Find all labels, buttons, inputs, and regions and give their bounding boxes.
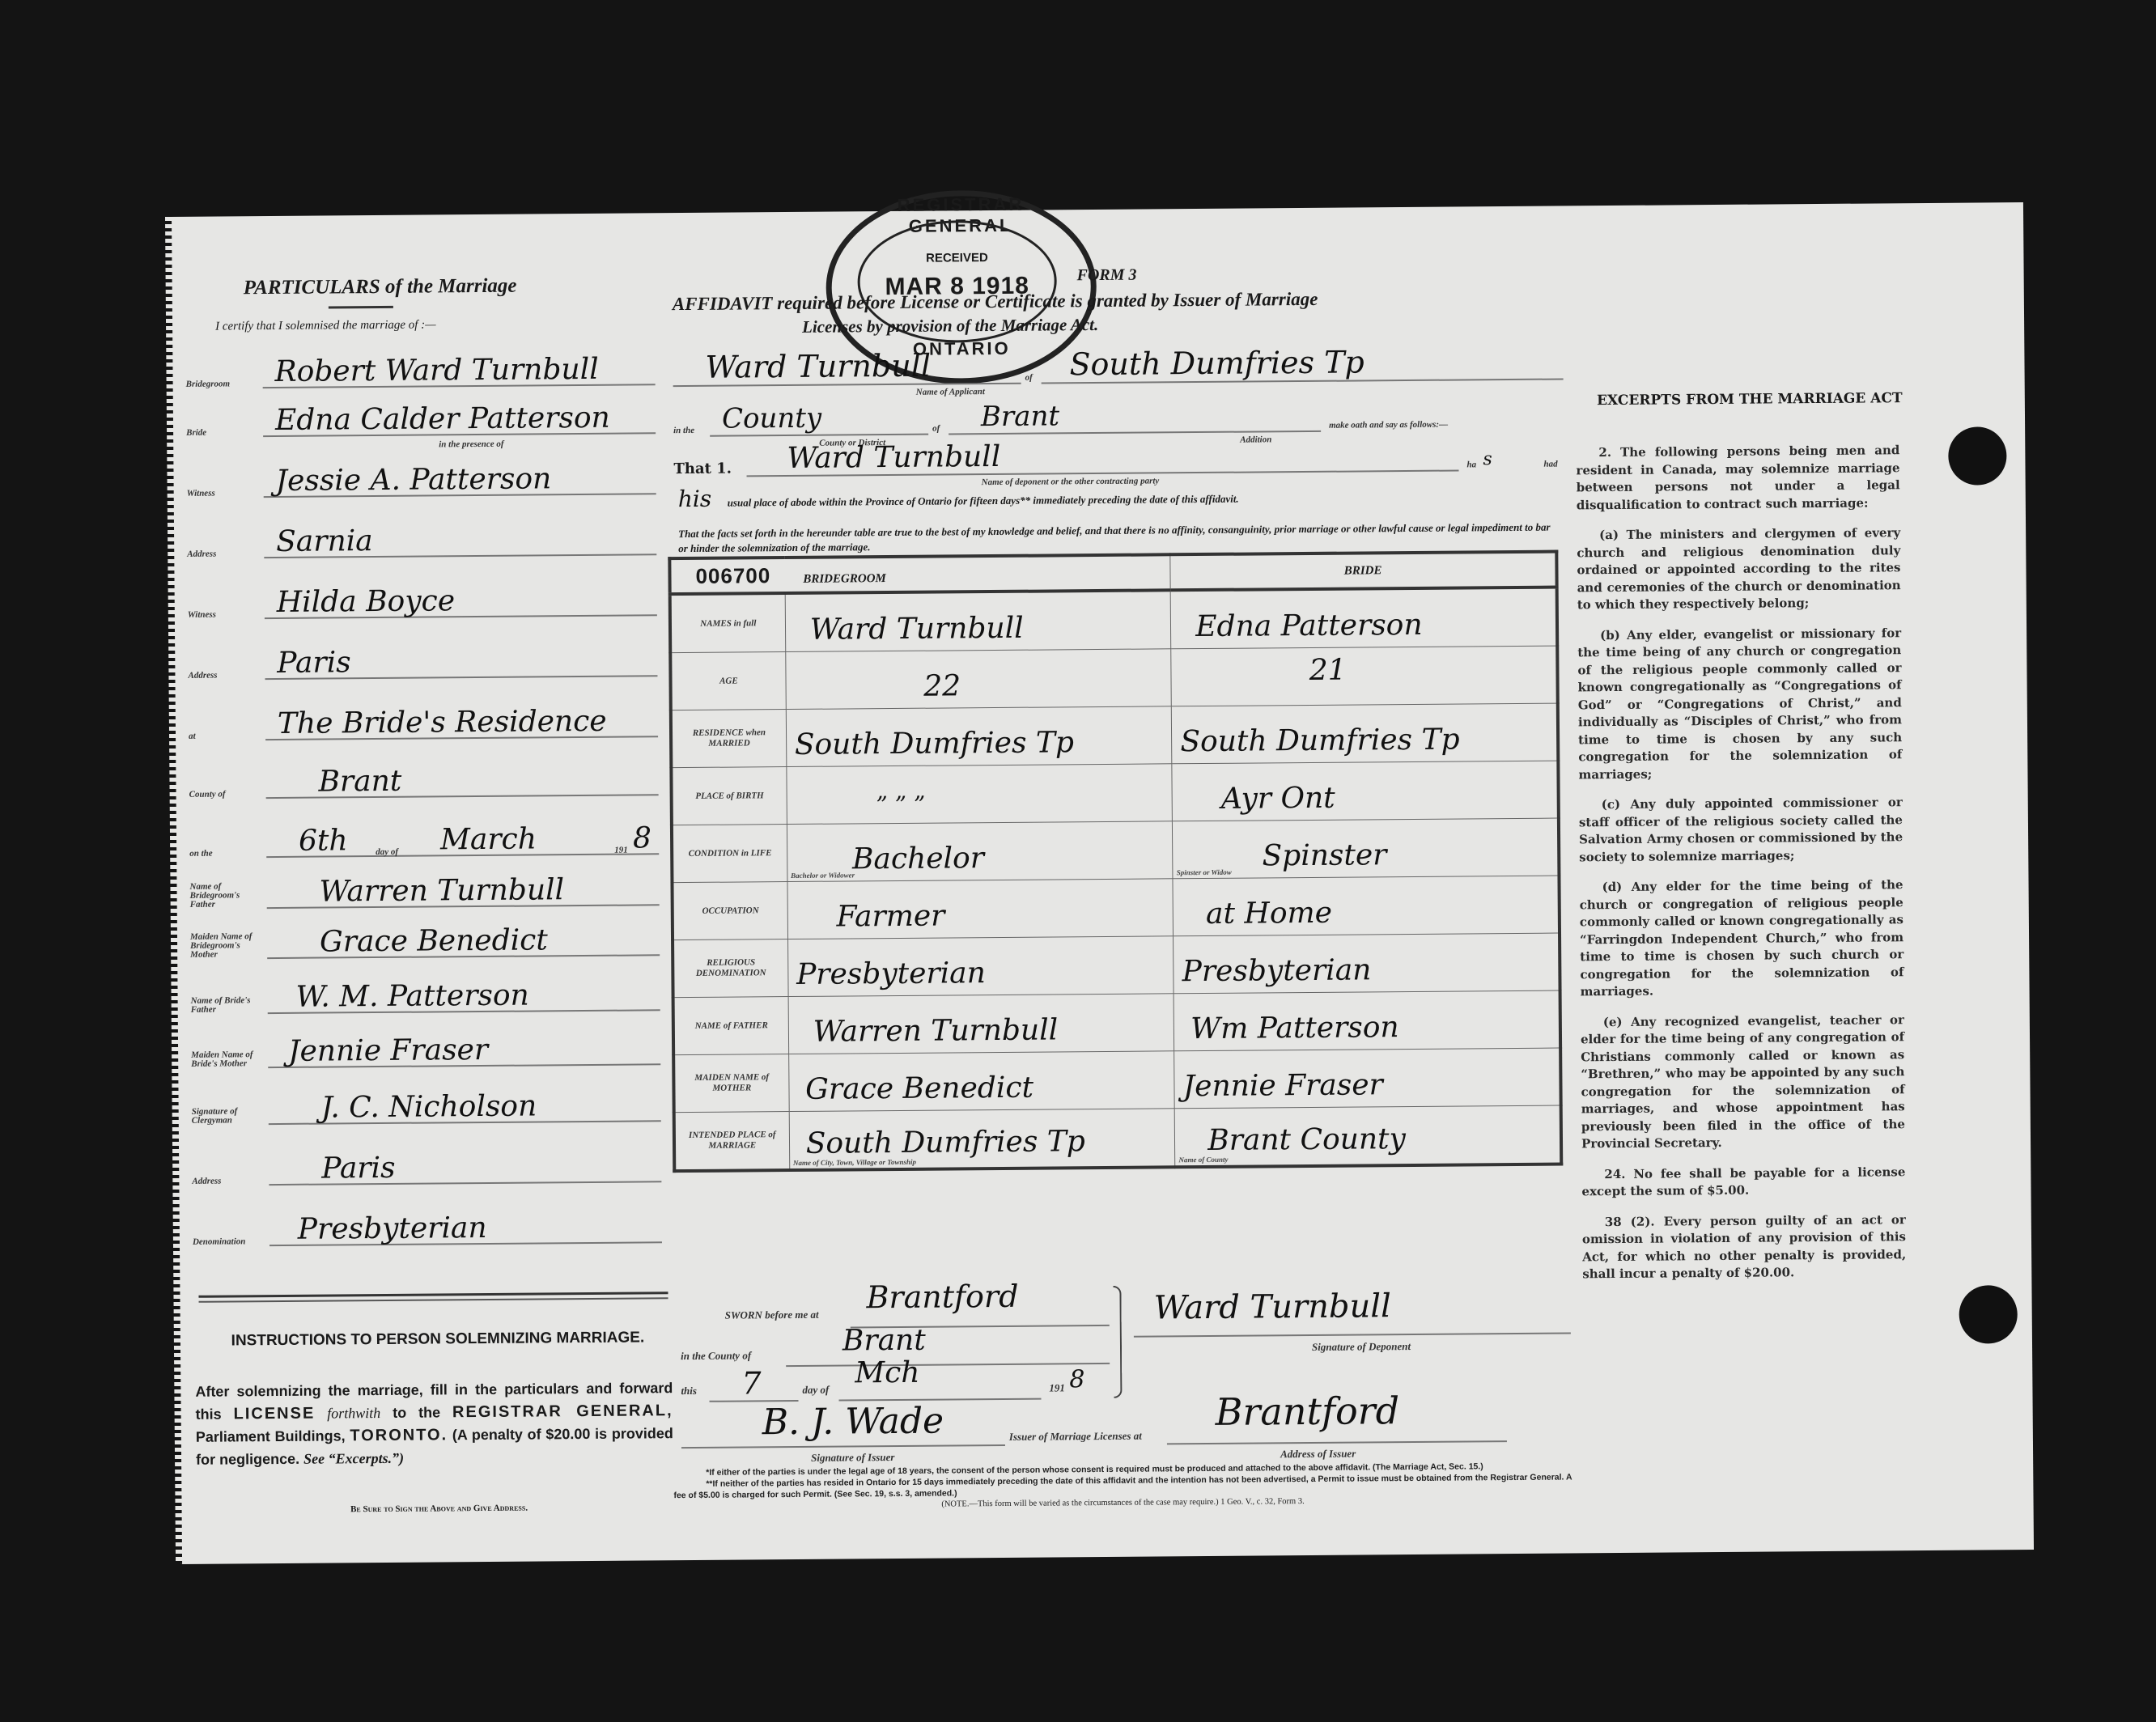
field-label: Denomination	[193, 1237, 265, 1247]
affidavit-subtitle: Licenses by provision of the Marriage Ac…	[802, 315, 1098, 337]
deponent-name: Ward Turnbull	[787, 440, 1000, 475]
field-clergyman-signature: Signature of Clergyman J. C. Nicholson	[191, 1083, 660, 1127]
deponent-signature: Ward Turnbull	[1153, 1287, 1391, 1326]
date-day: 6th	[299, 824, 348, 857]
year-suffix: 8	[633, 821, 651, 855]
excerpt-d: (d) Any elder for the time being of the …	[1579, 876, 1903, 1001]
excerpts-title: EXCERPTS FROM THE MARRIAGE ACT	[1588, 389, 1912, 409]
issuer-address: Brantford	[1215, 1389, 1399, 1434]
excerpt-sec24: 24. No fee shall be payable for a licens…	[1581, 1164, 1905, 1201]
date-month: March	[440, 822, 537, 856]
field-clergyman-address: Address Paris	[192, 1143, 661, 1188]
field-label: Witness	[188, 610, 261, 620]
column-bridegroom: BRIDEGROOM	[803, 572, 886, 586]
field-witness-2-address: Address Paris	[188, 638, 657, 682]
county-name: Brant	[981, 400, 1059, 433]
field-value: W. M. Patterson	[295, 979, 529, 1014]
table-row: RESIDENCE when MARRIED South Dumfries Tp…	[671, 703, 1559, 768]
table-row: RELIGIOUS DENOMINATION Presbyterian Pres…	[673, 933, 1560, 998]
sworn-block: SWORN before me at Brantford in the Coun…	[680, 1274, 1572, 1483]
field-value: Edna Calder Patterson	[275, 401, 610, 437]
table-row: INTENDED PLACE of MARRIAGE Name of City,…	[674, 1105, 1562, 1171]
field-bride-mother: Maiden Name of Bride's Mother Jennie Fra…	[191, 1026, 660, 1071]
table-row: NAME of FATHER Warren Turnbull Wm Patter…	[673, 990, 1561, 1055]
affidavit-title: AFFIDAVIT required before License or Cer…	[673, 289, 1318, 315]
field-value: Paris	[321, 1152, 396, 1185]
county-type: County	[722, 402, 821, 435]
field-value: Paris	[277, 646, 351, 680]
excerpt-e: (e) Any recognized evangelist, teacher o…	[1581, 1012, 1905, 1153]
applicant-name: Ward Turnbull	[705, 348, 931, 385]
excerpt-a: (a) The ministers and clergymen of every…	[1577, 524, 1901, 614]
excerpt-b: (b) Any elder, evangelist or missionary …	[1577, 625, 1903, 784]
instructions-body: After solemnizing the marriage, fill in …	[195, 1376, 673, 1471]
table-row: AGE 22 21	[670, 646, 1558, 710]
excerpt-sec38: 38 (2). Every person guilty of an act or…	[1582, 1211, 1907, 1283]
field-bride: Bride Edna Calder Patterson	[186, 395, 656, 439]
table-row: OCCUPATION Farmer at Home	[672, 876, 1560, 940]
field-label: at	[189, 732, 261, 741]
field-value: Hilda Boyce	[277, 584, 456, 619]
instructions-footer: Be Sure to Sign the Above and Give Addre…	[229, 1502, 650, 1515]
field-value: The Bride's Residence	[278, 705, 607, 740]
table-row: PLACE of BIRTH ” ” ” Ayr Ont	[671, 761, 1559, 825]
table-row: MAIDEN NAME of MOTHER Grace Benedict Jen…	[673, 1048, 1561, 1113]
particulars-title: PARTICULARS of the Marriage	[244, 275, 517, 300]
deponent-line: That 1. Ward Turnbull ha s had Name of d…	[673, 434, 1564, 477]
field-label: Signature of Clergyman	[192, 1107, 265, 1126]
issuer-signature: B. J. Wade	[762, 1401, 944, 1444]
county-line: in the County of Brant make oath and say…	[673, 393, 1564, 437]
field-value: Warren Turnbull	[319, 873, 564, 908]
applicant-place: South Dumfries Tp	[1069, 344, 1364, 382]
field-denomination: Denomination Presbyterian	[193, 1204, 662, 1249]
title-rule	[329, 306, 393, 309]
table-row: CONDITION in LIFE Bachelor or WidowerBac…	[672, 818, 1560, 883]
field-value: Brant	[318, 765, 401, 799]
sworn-place: Brantford	[866, 1279, 1018, 1315]
punch-hole-top	[1948, 426, 2007, 486]
footnotes: *If either of the parties is under the l…	[673, 1460, 1572, 1512]
sworn-day: 7	[741, 1365, 762, 1401]
excerpts-body: 2. The following persons being men and r…	[1576, 442, 1906, 1296]
column-bride: BRIDE	[1170, 552, 1557, 591]
field-label: Maiden Name of Bride's Mother	[191, 1050, 264, 1069]
applicant-line: Ward Turnbull of South Dumfries Tp Name …	[673, 335, 1563, 387]
instructions-title: INSTRUCTIONS TO PERSON SOLEMNIZING MARRI…	[227, 1328, 648, 1351]
serial-number: 006700	[695, 563, 770, 588]
field-bridegroom: Bridegroom Robert Ward Turnbull	[185, 346, 655, 391]
field-label: Name of Bride's Father	[191, 996, 264, 1015]
field-value: Grace Benedict	[320, 923, 548, 958]
field-witness-1: Witness Jessie A. Patterson	[186, 456, 656, 500]
field-label: Bride	[186, 428, 259, 438]
registration-table: 006700BRIDEGROOM BRIDE NAMES in full War…	[668, 550, 1563, 1173]
field-label: Address	[187, 549, 260, 559]
field-groom-mother: Maiden Name of Bridegroom's Mother Grace…	[190, 917, 660, 961]
stamp-received: RECEIVED	[859, 250, 1054, 265]
field-bride-father: Name of Bride's Father W. M. Patterson	[190, 972, 660, 1016]
sworn-month: Mch	[855, 1356, 920, 1390]
certify-statement: I certify that I solemnised the marriage…	[215, 318, 436, 333]
excerpt-c: (c) Any duly appointed commissioner or s…	[1579, 794, 1903, 866]
field-value: J. C. Nicholson	[320, 1089, 537, 1124]
presence-caption: in the presence of	[439, 439, 503, 450]
field-county: County of Brant	[189, 757, 658, 801]
field-groom-father: Name of Bridegroom's Father Warren Turnb…	[189, 867, 659, 911]
marriage-document: PARTICULARS of the Marriage I certify th…	[170, 202, 2034, 1564]
field-witness-2: Witness Hilda Boyce	[188, 577, 657, 621]
field-value: Jessie A. Patterson	[275, 462, 551, 498]
field-label: Bridegroom	[186, 380, 259, 389]
field-value: Sarnia	[276, 524, 373, 558]
date-label: on the	[189, 849, 262, 859]
day-of-label: day of	[376, 847, 448, 857]
punch-hole-bottom	[1959, 1285, 2018, 1344]
form-number: FORM 3	[1077, 266, 1137, 286]
field-label: County of	[189, 790, 262, 799]
excerpt-sec2: 2. The following persons being men and r…	[1576, 442, 1900, 514]
table-row: NAMES in full Ward Turnbull Edna Patters…	[670, 587, 1558, 653]
field-label: Address	[188, 671, 261, 681]
field-value: Robert Ward Turnbull	[274, 353, 598, 388]
residence-statement: his usual place of abode within the Prov…	[678, 486, 1560, 511]
sworn-county: Brant	[842, 1324, 926, 1358]
field-value: Presbyterian	[298, 1211, 487, 1246]
field-witness-1-address: Address Sarnia	[187, 516, 656, 561]
field-date: on the 6th day of March 191 8	[189, 816, 659, 860]
field-label: Address	[192, 1177, 265, 1186]
field-location: at The Bride's Residence	[189, 698, 658, 743]
field-label: Name of Bridegroom's Father	[189, 882, 262, 910]
section-divider	[198, 1291, 668, 1303]
field-label: Maiden Name of Bridegroom's Mother	[190, 932, 263, 960]
field-label: Witness	[187, 489, 260, 498]
field-value: Jennie Fraser	[288, 1033, 488, 1068]
